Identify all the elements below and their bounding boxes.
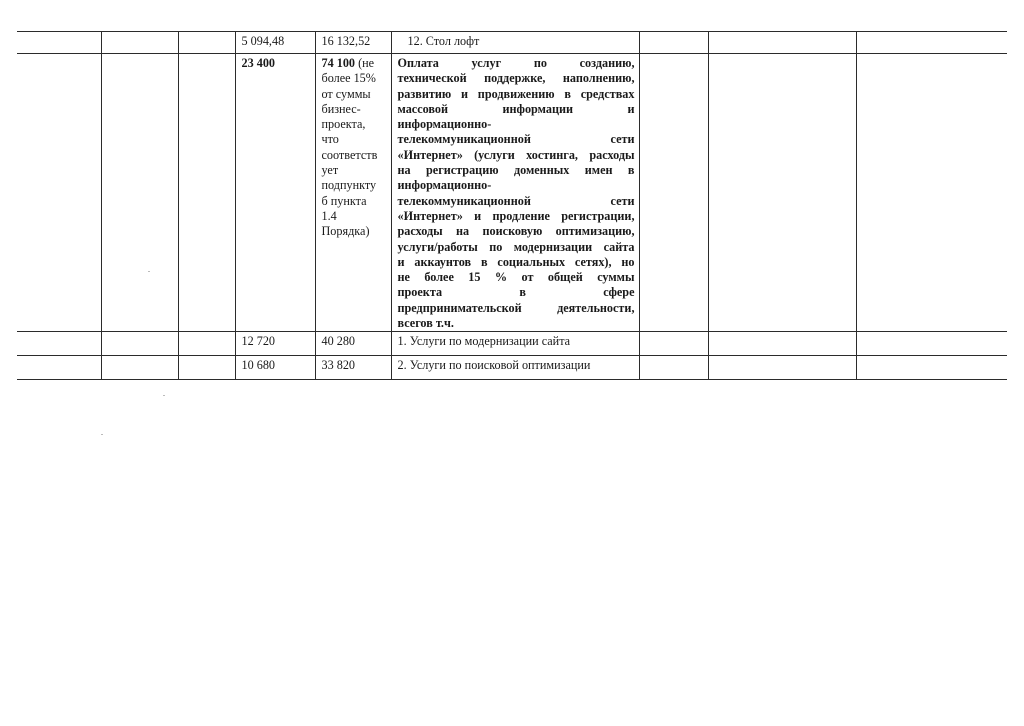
item-description-cell: Оплата услуг по созданию,технической под… [391,54,639,332]
table-row: 10 680 33 820 2. Услуги по поисковой опт… [17,356,1007,380]
empty-cell [708,32,856,54]
grant-funds-note: 74 100 (неболее 15%от суммыбизнес-проект… [316,54,391,240]
empty-cell [639,54,708,332]
description-line: телекоммуникационной сети [398,132,635,147]
empty-cell [708,356,856,380]
description-line: расходы на поисковую оптимизацию, [398,224,635,239]
grant-funds-cell: 33 820 [315,356,391,380]
description-line: и аккаунтов в социальных сетях), но [398,255,635,270]
description-line: развитию и продвижению в средствах [398,87,635,102]
description-line: услуги/работы по модернизации сайта [398,240,635,255]
description-line: предпринимательской деятельности, [398,301,635,316]
item-description-cell: 2. Услуги по поисковой оптимизации [391,356,639,380]
description-line: проекта в сфере [398,285,635,300]
empty-cell [101,54,178,332]
own-funds-cell: 5 094,48 [235,32,315,54]
empty-cell [17,54,101,332]
empty-cell [856,32,1007,54]
scan-speck [163,395,165,396]
description-line: не более 15 % от общей суммы [398,270,635,285]
table-row: 12 720 40 280 1. Услуги по модернизации … [17,332,1007,356]
budget-table: 5 094,48 16 132,52 12. Стол лофт 23 400 … [17,31,1007,380]
description-line: технической поддержке, наполнению, [398,71,635,86]
empty-cell [178,332,235,356]
description-line: «Интернет» (услуги хостинга, расходы [398,148,635,163]
description-line: телекоммуникационной сети [398,194,635,209]
description-line: на регистрацию доменных имен в [398,163,635,178]
grant-funds-cell: 40 280 [315,332,391,356]
table-row: 5 094,48 16 132,52 12. Стол лофт [17,32,1007,54]
description-line: Оплата услуг по созданию, [398,56,635,71]
empty-cell [178,356,235,380]
empty-cell [178,54,235,332]
empty-cell [856,54,1007,332]
scan-speck [101,434,103,435]
empty-cell [708,332,856,356]
description-line: информационно- [398,178,635,193]
empty-cell [178,32,235,54]
empty-cell [708,54,856,332]
description-line: всегов т.ч. [398,316,635,331]
grant-funds-cell: 16 132,52 [315,32,391,54]
description-line: массовой информации и [398,102,635,117]
document-page: 5 094,48 16 132,52 12. Стол лофт 23 400 … [0,0,1024,726]
description-line: информационно- [398,117,635,132]
own-funds-cell: 12 720 [235,332,315,356]
scan-speck [148,271,150,272]
grant-funds-cell: 74 100 (неболее 15%от суммыбизнес-проект… [315,54,391,332]
empty-cell [101,332,178,356]
item-description-cell: 1. Услуги по модернизации сайта [391,332,639,356]
empty-cell [17,356,101,380]
empty-cell [856,332,1007,356]
own-funds-cell: 23 400 [235,54,315,332]
table-row: 23 400 74 100 (неболее 15%от суммыбизнес… [17,54,1007,332]
description-line: «Интернет» и продление регистрации, [398,209,635,224]
own-funds-cell: 10 680 [235,356,315,380]
empty-cell [639,332,708,356]
item-description-cell: 12. Стол лофт [391,32,639,54]
services-description: Оплата услуг по созданию,технической под… [392,54,639,331]
empty-cell [639,32,708,54]
empty-cell [17,32,101,54]
empty-cell [17,332,101,356]
empty-cell [856,356,1007,380]
empty-cell [101,32,178,54]
empty-cell [639,356,708,380]
empty-cell [101,356,178,380]
